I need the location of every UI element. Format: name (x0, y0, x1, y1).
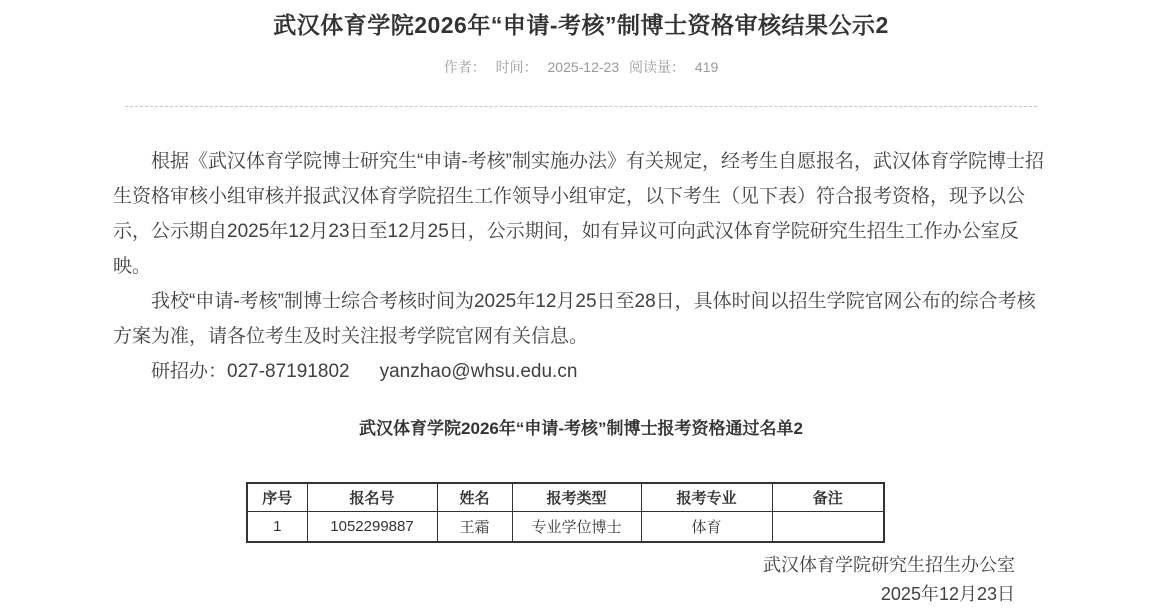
dotted-divider (125, 106, 1037, 107)
announcement-page: 武汉体育学院2026年“申请-考核”制博士资格审核结果公示2 作者： 时间： 2… (0, 0, 1162, 612)
article-meta: 作者： 时间： 2025-12-23 阅读量： 419 (113, 57, 1049, 77)
page-title: 武汉体育学院2026年“申请-考核”制博士资格审核结果公示2 (113, 0, 1049, 39)
col-header-apply-type: 报考类型 (512, 483, 641, 512)
col-header-reg-number: 报名号 (307, 483, 437, 512)
signature-block: 武汉体育学院研究生招生办公室 2025年12月23日 (113, 551, 1049, 609)
cell-major: 体育 (641, 512, 772, 543)
article-content: 武汉体育学院2026年“申请-考核”制博士资格审核结果公示2 作者： 时间： 2… (113, 0, 1049, 609)
table-title: 武汉体育学院2026年“申请-考核”制博士报考资格通过名单2 (113, 418, 1049, 440)
contact-phone: 027-87191802 (227, 361, 350, 382)
contact-label: 研招办： (151, 361, 227, 382)
meta-time-value: 2025-12-23 (548, 59, 620, 75)
cell-name: 王霜 (437, 512, 512, 543)
col-header-index: 序号 (247, 483, 307, 512)
table-header-row: 序号 报名号 姓名 报考类型 报考专业 备注 (247, 483, 884, 512)
cell-remark (772, 512, 884, 543)
signature-office: 武汉体育学院研究生招生办公室 (113, 551, 1015, 580)
article-body: 根据《武汉体育学院博士研究生“申请-考核”制实施办法》有关规定，经考生自愿报名，… (113, 144, 1049, 389)
cell-reg-number: 1052299887 (307, 512, 437, 543)
col-header-major: 报考专业 (641, 483, 772, 512)
contact-email: yanzhao@whsu.edu.cn (380, 361, 578, 382)
paragraph-exam-time: 我校“申请-考核”制博士综合考核时间为2025年12月25日至28日，具体时间以… (113, 284, 1049, 354)
meta-author-label: 作者： (444, 59, 486, 75)
qualification-table: 序号 报名号 姓名 报考类型 报考专业 备注 1 1052299887 王霜 专… (246, 482, 885, 543)
col-header-name: 姓名 (437, 483, 512, 512)
meta-time-label: 时间： (496, 59, 538, 75)
paragraph-regulation: 根据《武汉体育学院博士研究生“申请-考核”制实施办法》有关规定，经考生自愿报名，… (113, 144, 1049, 284)
col-header-remark: 备注 (772, 483, 884, 512)
signature-date: 2025年12月23日 (113, 580, 1015, 609)
meta-views-value: 419 (695, 59, 718, 75)
meta-views-label: 阅读量： (629, 59, 685, 75)
cell-index: 1 (247, 512, 307, 543)
table-row: 1 1052299887 王霜 专业学位博士 体育 (247, 512, 884, 543)
cell-apply-type: 专业学位博士 (512, 512, 641, 543)
contact-line: 研招办：027-87191802yanzhao@whsu.edu.cn (113, 354, 1049, 389)
